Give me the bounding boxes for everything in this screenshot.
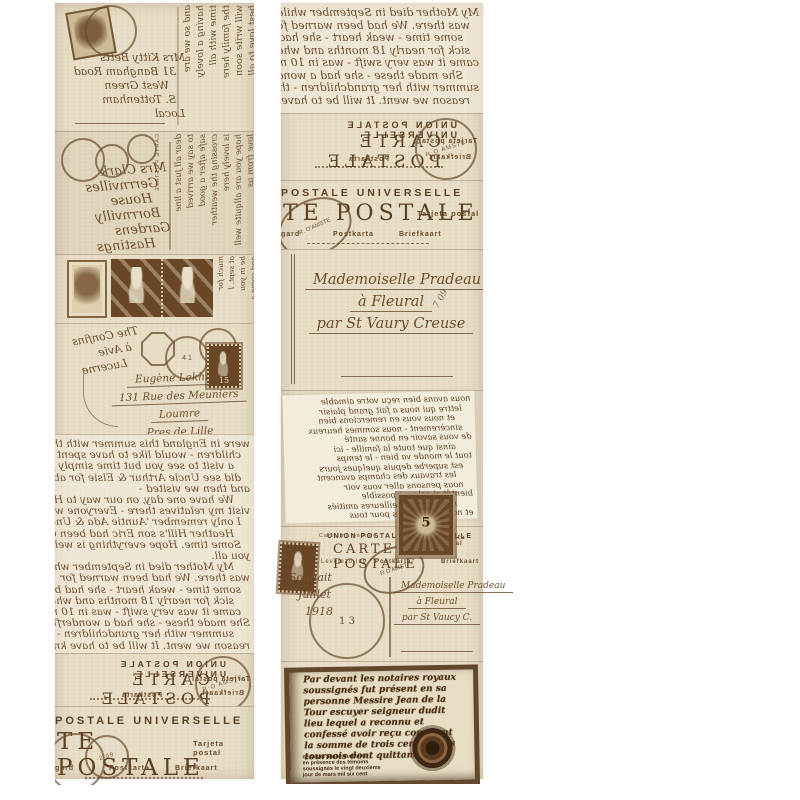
postage-stamp [67,260,107,318]
text-line: a visit to see you but time simply flew … [59,461,234,472]
briefkaart-label: Briefkaart [175,765,218,772]
handwritten-message: dear all just a lineto say we arrivedsaf… [173,134,253,252]
postmark-text: R. O'AMSTE [298,217,332,236]
text-line: summer with her grandchildren - the main [59,629,234,640]
text-line: is lovely here [222,134,232,191]
perforation-line [161,259,163,317]
card-header: POSTALE UNIVERSELLE TE POSTALE Tarjeta p… [281,180,483,249]
handwritten-message: and so we arehaving a lovelytime with al… [181,5,253,129]
text-line: reason we went. It will be to have known… [59,641,250,652]
text-line: safe after a good [198,134,208,207]
text-line: came it was very swift - was in 10 minut… [285,57,479,70]
stamp-strip-block: much forat sept. Ibe in youand come atha… [55,254,254,323]
dark-stamp-pair [111,259,213,317]
postmark-circle: R·O AMSTE [195,656,251,706]
text-line: crossing the weather [210,134,220,225]
text-line: at sept. I [227,256,236,290]
text-line: summer with her grandchildren - the main [285,82,479,95]
levelezolap-label: Levelező-lap [321,559,367,565]
left-tape-strip: Mrs Kitty Betts31 Bangham RoadWest Green… [55,3,254,779]
briefkaart-label: Briefkaart [399,231,442,238]
handwritten-address: Eugène Lekhieu131 Rue des MeuniersLoumre… [105,365,253,434]
text-line: I only remember 'Auntie Ada & Uncle Ted' [59,517,241,528]
handwritten-address: Mademoiselle Pradeauà Fleuralpar St Vauc… [393,577,481,629]
address-divider-line [291,254,295,384]
text-line: was there. We had been warned for [59,573,250,584]
text-line: Souhait [289,569,379,586]
letter-text: were in England this summer with thechil… [59,439,250,652]
text-line: à Fleural [350,294,432,312]
text-line: hope you are all [234,134,244,203]
text-line: Mademoiselle Pradeau Ché [305,272,483,290]
postale-universelle-line: POSTALE UNIVERSELLE [281,187,463,199]
product-photo: { "colors": { "page_bg": "#ffffff", "tap… [0,0,800,800]
card-address-area: Mademoiselle Pradeau Chéà Fleuralpar St … [281,249,483,390]
handwritten-address: Mademoiselle Pradeau Chéà Fleuralpar St … [305,268,477,338]
text-line: Pres de Lille [139,425,222,434]
postcard-back-1: Mrs Kitty Betts31 Bangham RoadWest Green… [55,3,254,131]
text-line: jour de mars mil six cent [303,771,381,778]
text-line: will write soon [234,5,245,76]
text-line: West Green [59,79,169,93]
briefkaart-label: Briefkaart [441,559,479,565]
text-line: and so we are [182,5,193,72]
text-line: and come a [249,256,254,300]
blanc-stamp: 5 [397,493,455,557]
text-line: much for [216,256,225,290]
card-header-bottom: POSTALE UNIVERSELLE TE POSTALE Tarjeta p… [55,706,254,785]
text-line: love from us [246,134,254,187]
cartolina-label: Cartolina postale [319,533,377,539]
letter-text: My Mother died in September while Iwas t… [285,7,479,107]
text-line: having a lovely [195,5,206,77]
text-line: My Mother died in September while I [285,7,479,20]
text-line: Loumre [151,407,209,423]
handwritten-letter: were in England this summer with thechil… [55,434,254,653]
card-header-mirrored: UNION POSTALE UNIVERSELLE CARTE POSTALE … [281,113,483,180]
text-line: some time - weak heart - she had been [285,32,463,45]
postmark-circle: R·O AMSTE [415,118,477,180]
stamp-value: 5 [421,515,430,530]
manuscript-sheet: Par devant les notaires royauxsoussignés… [284,664,480,784]
stamp-figure [125,267,147,303]
handwritten-letter-top: My Mother died in September while Iwas t… [281,3,483,113]
postmark-text: R·O AMSTE [202,675,244,694]
tarjeta-label: Tarjeta postal [193,739,254,757]
stamp-figure [176,267,198,303]
postcard-front-2: 5 UNION POSTALE UNIVERSELLE CARTE POSTAL… [281,526,483,661]
text-line: 131 Rue des Meuniers [111,388,247,407]
text-line: à Fleural [408,597,465,609]
handwritten-address: Mrs ClarkGerrnvillesHouseBorrnvillyGarde… [55,160,172,254]
text-line: Eugène Lekhieu [127,370,230,388]
postale-universelle-line: POSTALE UNIVERSELLE [55,715,243,727]
wax-seal [406,724,459,773]
postmark-text: R·O AMSTE [425,140,467,159]
carte-postale-title: CARTE POSTALE [55,670,210,706]
text-line: S. Tottenham [59,93,176,107]
postmark-text: R D'AMST [380,563,409,577]
text-line: Mademoiselle Pradeau [393,581,513,593]
postmark-date: 1 3 [339,616,355,627]
postmark-circle [127,134,157,164]
card-header-mirrored: UNION POSTALE UNIVERSELLE CARTE POSTALE … [55,653,254,706]
text-line: par St Vaucy C. [394,613,480,625]
big-postmark-circle: 1 3 [309,583,385,659]
text-line: the family here [221,5,232,78]
handwritten-note: much forat sept. Ibe in youand come atha… [215,256,253,322]
postmark-date: 4 1 [182,355,192,362]
postcard-front-addressed: The Confinsà AvieLucerne 4 1 15 Eugène L… [55,323,254,434]
tarjeta-label: Tarjeta postal [417,209,479,218]
text-line: dear all just a line [174,134,184,212]
text-line: to say we arrived [186,134,196,208]
text-line: Local [59,107,185,121]
text-line: 31 Bangham Road [59,65,176,79]
text-line: best love to all [247,5,254,75]
postmark-text: ·2 09· [96,751,118,763]
text-line: be in you [238,256,247,291]
postkarta-label: Postkarta [348,156,389,163]
text-line: reason we went. It will be to have known… [285,95,470,108]
text-line: time with all [208,5,219,65]
text-line: quite well [234,203,244,246]
text-line: Mrs Kitty Betts [59,51,185,65]
postmark-circle [85,5,137,57]
right-tape-strip: My Mother died in September while Iwas t… [281,3,483,779]
old-manuscript: Par devant les notaires royauxsoussignés… [281,661,483,784]
postmark-circle: ·2 09· [85,735,129,779]
manuscript-dense-block: ce fait et passé audit lieuen présence d… [302,753,380,778]
handwritten-address: Mrs Kitty Betts31 Bangham RoadWest Green… [59,51,185,121]
text-line: par St Vaury Creuse [309,316,474,334]
postcard-back-2: CARTE POSTALE Mrs ClarkGerrnvillesHouseB… [55,131,254,254]
